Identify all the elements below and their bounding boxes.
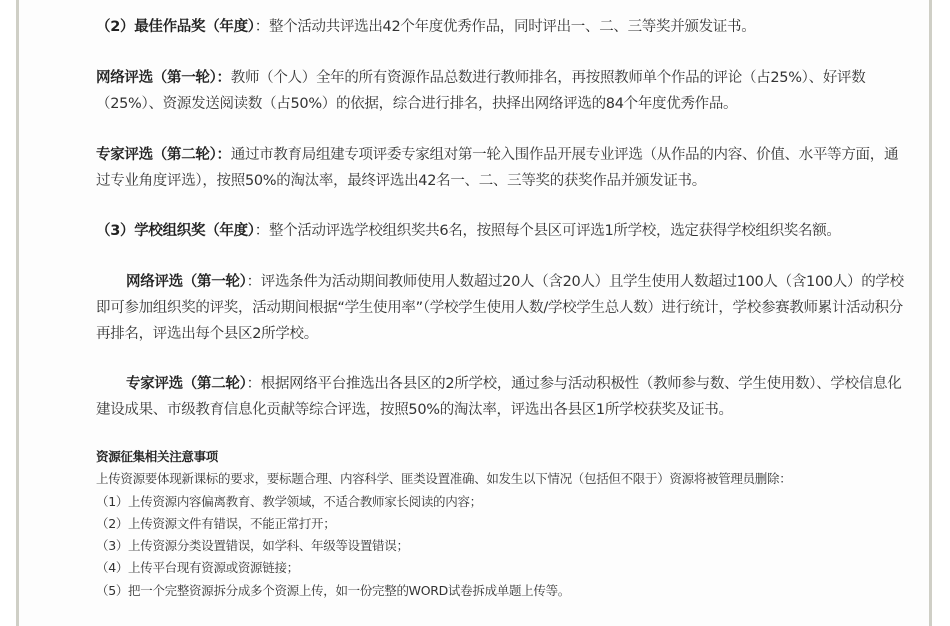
best-work-award-paragraph: （2）最佳作品奖（年度）：整个活动共评选出42个年度优秀作品，同时评出一、二、三… (96, 14, 906, 40)
upload-notes: 资源征集相关注意事项 上传资源要体现新课标的要求，要标题合理、内容科学、匪类设置… (96, 446, 906, 602)
school-org-award-heading: （3）学校组织奖（年度） (96, 223, 255, 239)
notes-item: （1）上传资源内容偏离教育、教学领域，不适合教师家长阅读的内容； (96, 491, 906, 513)
page: （2）最佳作品奖（年度）：整个活动共评选出42个年度优秀作品，同时评出一、二、三… (0, 0, 950, 626)
best-work-round2-heading: 专家评选（第二轮）： (96, 147, 231, 163)
best-work-round2-paragraph: 专家评选（第二轮）：通过市教育局组建专项评委专家组对第一轮入围作品开展专业评选（… (96, 142, 906, 194)
best-work-award-text: ：整个活动共评选出42个年度优秀作品，同时评出一、二、三等奖并颁发证书。 (255, 19, 756, 35)
school-org-award-paragraph: （3）学校组织奖（年度）：整个活动评选学校组织奖共6名，按照每个县区可评选1所学… (96, 218, 906, 244)
notes-item: （4）上传平台现有资源或资源链接； (96, 557, 906, 579)
best-work-award-heading: （2）最佳作品奖（年度） (96, 19, 255, 35)
notes-item: （2）上传资源文件有错误，不能正常打开； (96, 513, 906, 535)
best-work-round1-paragraph: 网络评选（第一轮）：教师（个人）全年的所有资源作品总数进行教师排名，再按照教师单… (96, 65, 906, 117)
school-org-award-text: ：整个活动评选学校组织奖共6名，按照每个县区可评选1所学校，选定获得学校组织奖名… (255, 223, 841, 239)
school-org-round1-paragraph: 网络评选（第一轮）：评选条件为活动期间教师使用人数超过20人（含20人）且学生使… (96, 269, 906, 347)
right-border (929, 0, 932, 626)
notes-intro: 上传资源要体现新课标的要求，要标题合理、内容科学、匪类设置准确、如发生以下情况（… (96, 468, 906, 490)
notes-item: （5）把一个完整资源拆分成多个资源上传，如一份完整的WORD试卷拆成单题上传等。 (96, 580, 906, 602)
school-org-round1-heading: 网络评选（第一轮） (126, 274, 247, 290)
school-org-round2-paragraph: 专家评选（第二轮）：根据网络平台推选出各县区的2所学校，通过参与活动积极性（教师… (96, 371, 906, 423)
notes-item: （3）上传资源分类设置错误，如学科、年级等设置错误； (96, 535, 906, 557)
notes-title: 资源征集相关注意事项 (96, 446, 906, 468)
best-work-round1-heading: 网络评选（第一轮）： (96, 70, 231, 86)
school-org-round2-heading: 专家评选（第二轮） (126, 376, 247, 392)
